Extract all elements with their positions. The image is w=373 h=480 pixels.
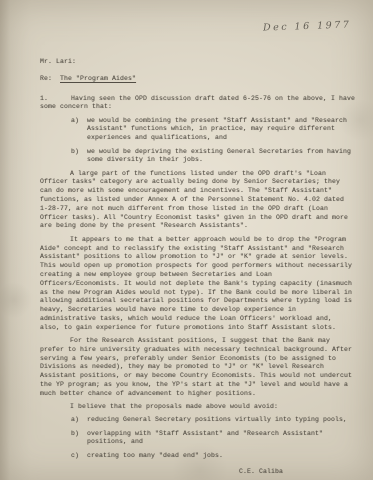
list-item-text: creating too many "dead end" jobs. (87, 452, 223, 459)
handwritten-date: Dec 16 1977 (262, 19, 351, 33)
paragraph-4: For the Research Assistant positions, I … (40, 337, 356, 399)
list-item-label: c) (71, 452, 79, 461)
concern-list: a) we would be combining the present "St… (40, 117, 356, 165)
list-item: b) overlapping with "Staff Assistant" an… (40, 430, 356, 448)
recipient-line: Mr. Lari: (40, 58, 356, 67)
list-item-text: overlapping with "Staff Assistant" and "… (87, 430, 323, 446)
avoid-list: a) reducing General Secretary positions … (40, 416, 356, 460)
list-item-label: a) (71, 416, 79, 425)
subject-label: Re: (40, 75, 52, 82)
list-item-label: b) (71, 148, 79, 157)
paragraph-1-text: Having seen the OPD discussion draft dat… (40, 95, 355, 111)
memo-body: Mr. Lari: Re: The "Program Aides" 1.Havi… (40, 58, 356, 476)
scanned-memo-page: Dec 16 1977 Mr. Lari: Re: The "Program A… (0, 0, 373, 480)
list-item-label: b) (71, 430, 79, 439)
list-item-label: a) (71, 117, 79, 126)
paragraph-3: It appears to me that a better approach … (40, 236, 356, 333)
list-item-text: we would be depriving the existing Gener… (87, 148, 351, 164)
paragraph-5: I believe that the proposals made above … (40, 403, 356, 412)
list-item: a) we would be combining the present "St… (40, 117, 356, 143)
signature: C.E. Caliba (239, 468, 356, 477)
list-item: c) creating too many "dead end" jobs. (40, 452, 356, 461)
list-item: a) reducing General Secretary positions … (40, 416, 356, 425)
subject-text: The "Program Aides" (60, 75, 136, 82)
list-item: b) we would be depriving the existing Ge… (40, 148, 356, 166)
subject-line: Re: The "Program Aides" (40, 75, 356, 84)
paragraph-2: A large part of the functions listed und… (40, 170, 356, 232)
list-item-text: reducing General Secretary positions vir… (87, 416, 347, 423)
paragraph-1: 1.Having seen the OPD discussion draft d… (40, 95, 356, 113)
list-item-text: we would be combining the present "Staff… (87, 117, 347, 142)
